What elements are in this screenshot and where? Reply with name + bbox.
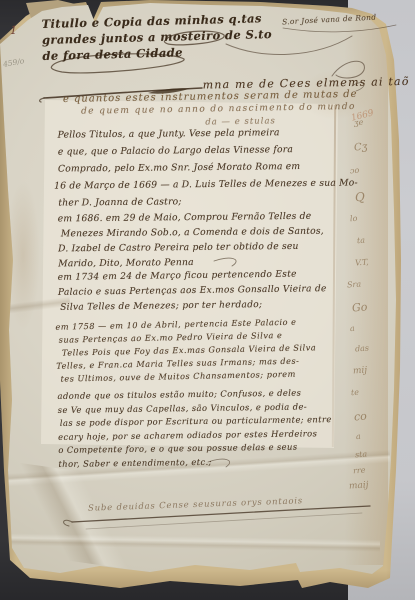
body-paragraph-3: em 1734 em 24 de Março ficou pertencendo… bbox=[58, 269, 327, 318]
body-paragraph-2: em 1686. em 29 de Maio, Comprou Fernão T… bbox=[58, 211, 325, 274]
manuscript-photo: 1 459/o 1669 Titullo e Copia das minhas … bbox=[0, 0, 415, 600]
body-paragraph-1: Pellos Titulos, a que Junty. Vese pela p… bbox=[58, 126, 358, 214]
body-paragraph-4: em 1758 — em 10 de Abril, pertencia Este… bbox=[55, 316, 317, 386]
title-header: Titullo e Copia das minhas q.tasgrandes … bbox=[41, 11, 272, 65]
section-heading: mna me de Cees elmems ai taõe quantos es… bbox=[55, 75, 411, 133]
body-paragraph-5: adonde que os titulos estão muito; Confu… bbox=[57, 387, 332, 472]
folio-number: 1 bbox=[10, 24, 17, 37]
